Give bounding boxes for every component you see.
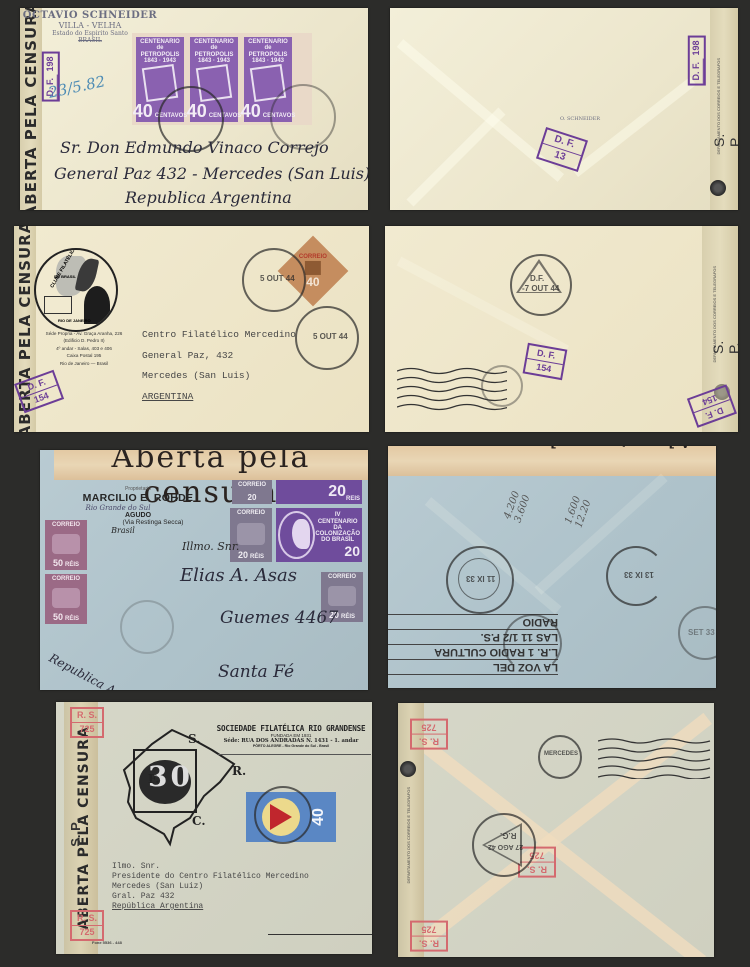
stamp-unit: RÉIS <box>250 554 264 560</box>
club-address-line: Rio de Janeiro — Brasil <box>34 360 134 367</box>
postmark-1: 11 IX 33 <box>446 546 514 614</box>
stamp-years: 1843 · 1943 <box>198 58 230 64</box>
postmark-3: SET 33 <box>678 606 716 660</box>
censor-tape: Aberta pela censura <box>388 446 716 476</box>
censor-tape-text: Aberta pela censura <box>388 446 716 452</box>
cover-4-front: ABERTA PELA CENSURA S. P. R. S. 725 R. S… <box>56 702 372 954</box>
stamp-vignette <box>237 523 265 545</box>
postmark-text: D.F. <box>530 274 544 283</box>
club-address-line: (Edificio D. Pedro II) <box>34 337 134 344</box>
address-line-5: República Argentina <box>112 902 203 911</box>
stamp-unit: RÉIS <box>65 616 79 622</box>
south-america-globe <box>278 511 315 559</box>
cover-2-front: ABERTA PELA CENSURA CLUBE FILATÉLICO DO … <box>14 226 369 432</box>
stamp-value: 20 <box>328 484 346 500</box>
stamp-years: 1843 · 1943 <box>144 58 176 64</box>
censor-mark-rs-3: R. S. 725 <box>410 921 448 952</box>
address-line-2: General Paz, 432 <box>142 350 233 361</box>
cover-1-front: ABERTA PELA CENSURA OCTAVIO SCHNEIDER VI… <box>20 8 368 210</box>
stamp-label: CENTENARIO <box>248 39 288 45</box>
stamp-value: 40 <box>133 102 153 120</box>
stamp-value: 50 <box>53 559 63 568</box>
seal-icon <box>710 180 726 196</box>
stamp-label2: de PETROPOLIS <box>141 45 180 57</box>
logo-text-bottom: RIO DE JANEIRO <box>58 318 91 323</box>
stamp-unit: RÉIS <box>341 614 355 620</box>
postmark-text: R.G. <box>500 831 516 840</box>
censor-mark-df-154: D. F. 154 <box>523 343 568 380</box>
tape-print: DEPARTAMENTO DOS CORREIOS E TELEGRAFOS <box>406 787 411 884</box>
tape-label: S. P. <box>710 330 738 354</box>
postmark-rg-triangle: R.G. 27 AGO 42 <box>472 813 536 877</box>
censor-mark-line2: 198 <box>690 38 704 59</box>
postmark-text: MERCEDES <box>544 751 578 757</box>
address-line-1: Sr. Don Edmundo Vinaco Correjo <box>60 138 329 157</box>
stamp-value: 20 <box>315 544 360 558</box>
tape-label: S. P. <box>68 820 83 847</box>
flap-fold <box>572 77 696 177</box>
back-sender-print: O. SCHNEIDER <box>550 116 610 122</box>
logo-envelope <box>44 296 72 314</box>
salutation: Illmo. Snr. <box>182 540 239 553</box>
club-address-line: 4º andar - Salas, 403 e 406 <box>34 345 134 352</box>
postmark-df-triangle: D.F. -7 OUT 44 <box>510 254 572 316</box>
address-line-4: Republica Argentina <box>47 651 164 690</box>
censor-mark-line1: D. F. <box>690 59 704 84</box>
sender-city: PÔRTO ALEGRE - Rio Grande do Sul - Brasi… <box>211 744 371 748</box>
postmark-date: 11 IX 33 <box>466 574 495 583</box>
cover-3-back: Aberta pela censura 4.200 3.600 1.600 12… <box>388 446 716 688</box>
stamp-value: 40 <box>241 102 261 120</box>
stamp-colonizacao-top: 20 REIS <box>276 480 362 504</box>
address-line-4: ARGENTINA <box>142 391 193 402</box>
censor-mark-rs-bottom: R. S. 725 <box>70 910 104 941</box>
censor-mark-df-198: D. F. 198 <box>688 36 706 86</box>
censor-tape: Aberta pela censura <box>54 450 368 480</box>
machine-cancel <box>598 737 714 779</box>
postmark-mercedes: MERCEDES <box>538 735 582 779</box>
stamp-building <box>305 261 321 275</box>
censor-mark-line2: 198 <box>44 54 58 75</box>
seal-icon <box>400 761 416 777</box>
postmark-date: 5 OUT 44 <box>313 332 348 341</box>
south-america-shape <box>292 519 310 549</box>
machine-cancel <box>397 366 507 416</box>
censor-mark-line1: R. S. <box>412 936 446 950</box>
postmark-porto-alegre <box>254 786 312 844</box>
tape-label: S. P. <box>711 125 738 147</box>
sender-name: SOCIEDADE FILATÉLICA RIO GRANDENSE <box>211 724 371 733</box>
postmark-date: 13 IX 33 <box>624 570 654 579</box>
sender-block: SOCIEDADE FILATÉLICA RIO GRANDENSE FUNDA… <box>211 724 371 755</box>
stamp-20-reis-1: CORREIO 20 <box>232 480 272 504</box>
censor-mark-rs-1: R. S. 725 <box>410 719 448 750</box>
sender-city: VILLA - VELHA <box>20 21 160 30</box>
stamp-value: 20 <box>238 551 248 560</box>
stamp-value: 50 <box>53 613 63 622</box>
printer-imprint: Fone 5536 - 448 <box>92 940 122 945</box>
postmark-2: 13 IX 33 <box>606 546 666 606</box>
censor-mark-line2: 725 <box>412 721 446 734</box>
postmark-faint <box>120 600 174 654</box>
club-address-line: Séde Propria - Av. Graça Aranha, 226 <box>34 330 134 337</box>
address-line-2: Guemes 4467 <box>220 608 338 628</box>
sender-handwritten: Rio Grande do Sul <box>40 504 218 512</box>
club-address: Séde Propria - Av. Graça Aranha, 226 (Ed… <box>34 330 134 367</box>
stamp-label: CORREIO <box>299 254 327 260</box>
pencil-calculation: 4.200 3.600 <box>502 490 532 524</box>
club-logo: CLUBE FILATÉLICO DO BRASIL RIO DE JANEIR… <box>34 248 118 332</box>
stamp-label2: de PETROPOLIS <box>249 45 288 57</box>
stamp-50-reis-1: CORREIO 50RÉIS <box>45 520 87 570</box>
postmark-ministerio: 5 OUT 44 <box>295 306 359 370</box>
logo-letter-c: C. <box>192 814 206 828</box>
stamp-unit: REIS <box>346 496 360 502</box>
censor-mark-line1: R. S. <box>72 709 102 723</box>
address-line-3: Santa Fé <box>218 662 294 682</box>
stamp-label: CORREIO <box>52 522 80 528</box>
cover-1-back: O. SCHNEIDER D. F. 13 DEPARTAMENTO DOS C… <box>390 8 738 210</box>
postmark-date: SET 33 <box>688 628 715 637</box>
sender-via: (Via Restinga Secca) <box>88 519 218 526</box>
postmark-date: -7 OUT 44 <box>522 284 559 293</box>
stamp-text: IV CENTENARIO DA <box>315 512 360 531</box>
stamp-value: 40 <box>311 808 327 826</box>
address-line-2: Presidente do Centro Filatélico Mercedin… <box>112 872 309 881</box>
stamp-label: CORREIO <box>52 576 80 582</box>
address-line-2: General Paz 432 - Mercedes (San Luis) <box>54 164 368 183</box>
censor-tape: DEPARTAMENTO DOS CORREIOS E TELEGRAFOS S… <box>710 8 738 210</box>
cover-4-back: DEPARTAMENTO DOS CORREIOS E TELEGRAFOS R… <box>398 703 714 957</box>
address-line-4: Gral. Paz 432 <box>112 892 174 901</box>
stamp-vignette <box>328 586 356 606</box>
stamp-50-reis-2: CORREIO 50RÉIS <box>45 574 87 624</box>
stamp-years: 1843 · 1943 <box>252 58 284 64</box>
logo-text-mid: DO BRASIL <box>54 274 76 279</box>
address-line-3: Mercedes (San Luis) <box>142 370 250 381</box>
club-address-line: Caixa Postal 195 <box>34 352 134 359</box>
censor-mark-line1: R. S. <box>72 912 102 926</box>
postmark-partial <box>503 614 562 673</box>
postmark-date: 5 OUT 44 <box>260 274 295 283</box>
address-line-1: Centro Filatélico Mercedino <box>142 329 296 340</box>
sender-name: MARCILIO E. ROHDE <box>58 492 218 504</box>
flap-fold <box>406 108 505 207</box>
stamp-unit: RÉIS <box>65 562 79 568</box>
censor-mark-line1: R. S. <box>412 734 446 748</box>
cover-3-front: Aberta pela censura Proprietario MARCILI… <box>40 450 368 690</box>
pencil-calculation: 1.600 12.20 <box>563 495 593 529</box>
logo-letter-f: F. <box>148 772 160 786</box>
address-line-1: Ilmo. Snr. <box>112 862 160 871</box>
stamp-label: CENTENARIO <box>194 39 234 45</box>
address-line-1: Elias A. Asas <box>180 565 297 586</box>
flap-fold <box>397 39 564 182</box>
censor-mark-line2: 725 <box>72 926 102 939</box>
stamp-label: CENTENARIO <box>140 39 180 45</box>
signature-line <box>268 934 372 935</box>
address-line-3: Mercedes (San Luiz) <box>112 882 203 891</box>
sender-name: OCTAVIO SCHNEIDER <box>20 10 160 21</box>
censor-mark-line2: 725 <box>412 923 446 936</box>
address-line-3: Republica Argentina <box>125 188 292 207</box>
sender-underline <box>217 754 371 755</box>
stamp-value: 20 <box>248 494 257 502</box>
stamp-label2: de PETROPOLIS <box>195 45 234 57</box>
postmark-date: 27 AGO 42 <box>488 843 523 850</box>
stamp-label: CORREIO <box>237 510 265 516</box>
postmark-ministerio: 5 OUT 44 <box>242 248 306 312</box>
logo-letter-r: R. <box>232 764 246 778</box>
stamp-vignette <box>52 534 80 554</box>
stamp-vignette <box>52 588 80 608</box>
stamp-label: CORREIO <box>328 574 356 580</box>
logo-letter-s: S. <box>188 732 200 746</box>
stamp-label: CORREIO <box>238 482 266 488</box>
stamp-colonizacao: IV CENTENARIO DA COLONIZAÇÃO DO BRASIL 2… <box>276 508 362 562</box>
sender-town: AGUDO <box>58 512 218 519</box>
cover-2-back: D.F. -7 OUT 44 D. F. 154 DEPARTAMENTO DO… <box>385 226 738 432</box>
stamp-20-reis-2: CORREIO 20RÉIS <box>230 508 272 562</box>
